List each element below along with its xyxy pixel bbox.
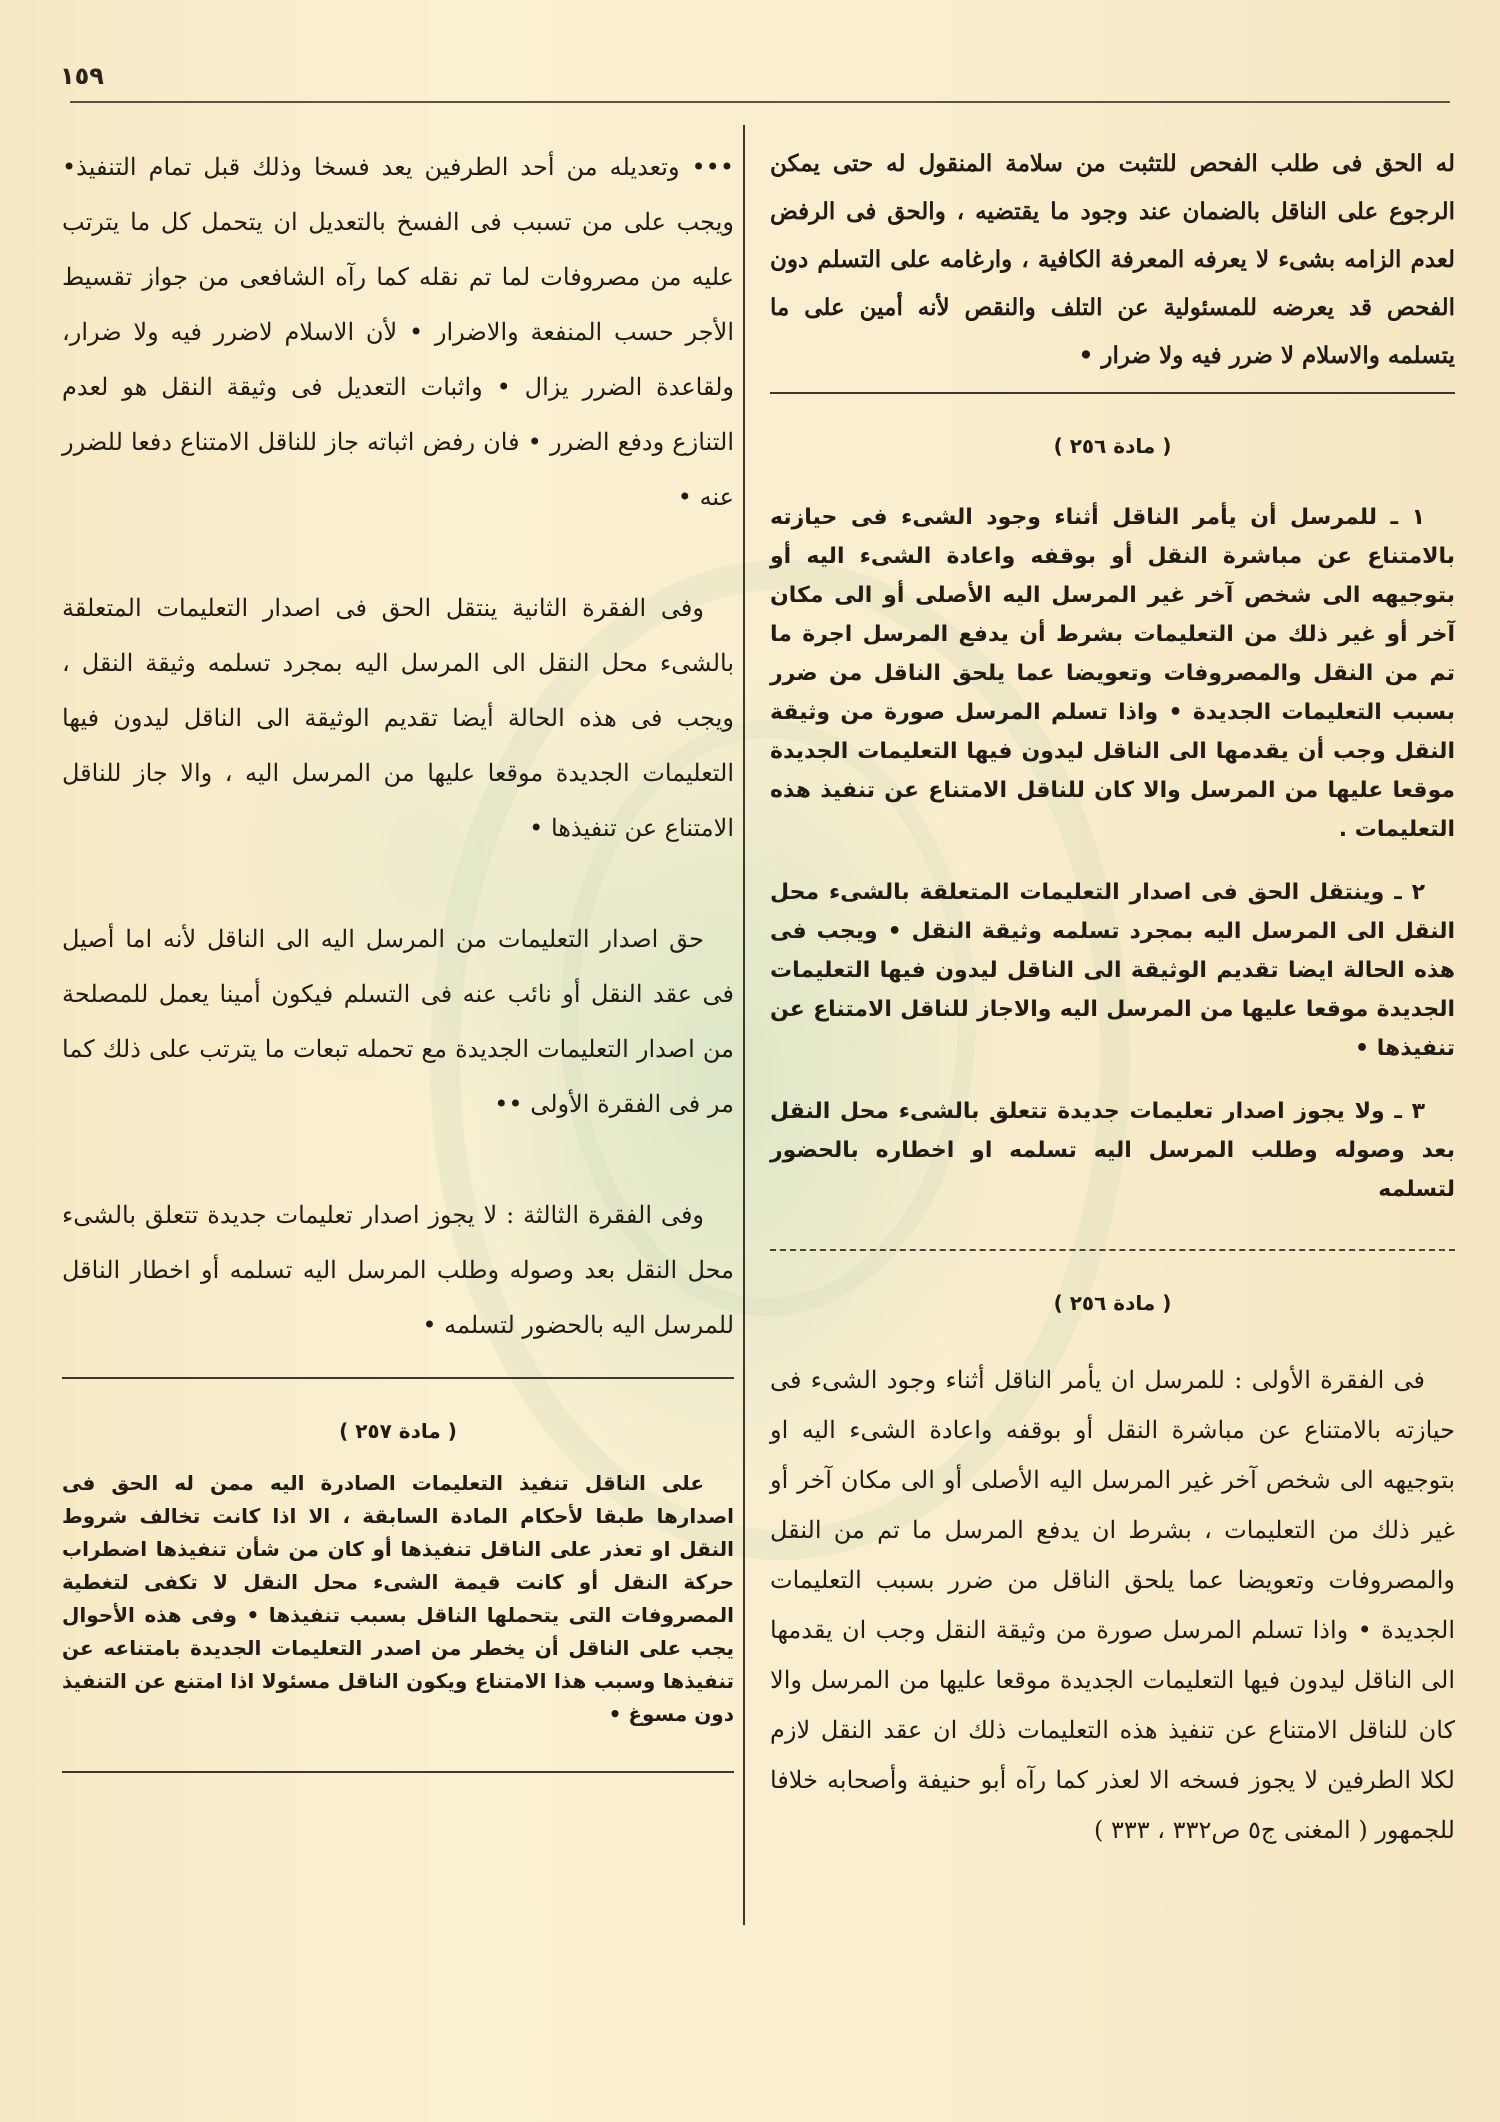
scanned-page: ١٥٩ له الحق فى طلب الفحص للتثبت من سلامة…: [0, 0, 1500, 2122]
article-257-heading: ( مادة ٢٥٧ ): [62, 1419, 734, 1443]
commentary-256-paragraph: فى الفقرة الأولى : للمرسل ان يأمر الناقل…: [770, 1355, 1455, 1855]
article-256-clause-2: ٢ ـ وينتقل الحق فى اصدار التعليمات المتع…: [770, 873, 1455, 1068]
page-number: ١٥٩: [60, 62, 104, 90]
third-clause-commentary: وفى الفقرة الثالثة : لا يجوز اصدار تعليم…: [62, 1188, 734, 1353]
article-256-heading: ( مادة ٢٥٦ ): [770, 434, 1455, 458]
article-256-clause-1: ١ ـ للمرسل أن يأمر الناقل أثناء وجود الش…: [770, 498, 1455, 849]
section-rule: [62, 1771, 734, 1773]
right-column: له الحق فى طلب الفحص للتثبت من سلامة الم…: [770, 140, 1455, 1855]
transfer-commentary: حق اصدار التعليمات من المرسل اليه الى ال…: [62, 912, 734, 1132]
left-column: ••• وتعديله من أحد الطرفين يعد فسخا وذلك…: [62, 140, 734, 1773]
second-clause-commentary: وفى الفقرة الثانية ينتقل الحق فى اصدار ا…: [62, 581, 734, 856]
column-divider: [743, 125, 745, 1925]
article-257-paragraph: على الناقل تنفيذ التعليمات الصادرة اليه …: [62, 1467, 734, 1731]
header-rule: [70, 101, 1450, 103]
continuation-paragraph: ••• وتعديله من أحد الطرفين يعد فسخا وذلك…: [62, 140, 734, 525]
article-256-clause-3: ٣ ـ ولا يجوز اصدار تعليمات جديدة تتعلق ب…: [770, 1092, 1455, 1209]
commentary-256-heading: ( مادة ٢٥٦ ): [770, 1291, 1455, 1315]
intro-paragraph: له الحق فى طلب الفحص للتثبت من سلامة الم…: [770, 140, 1455, 380]
